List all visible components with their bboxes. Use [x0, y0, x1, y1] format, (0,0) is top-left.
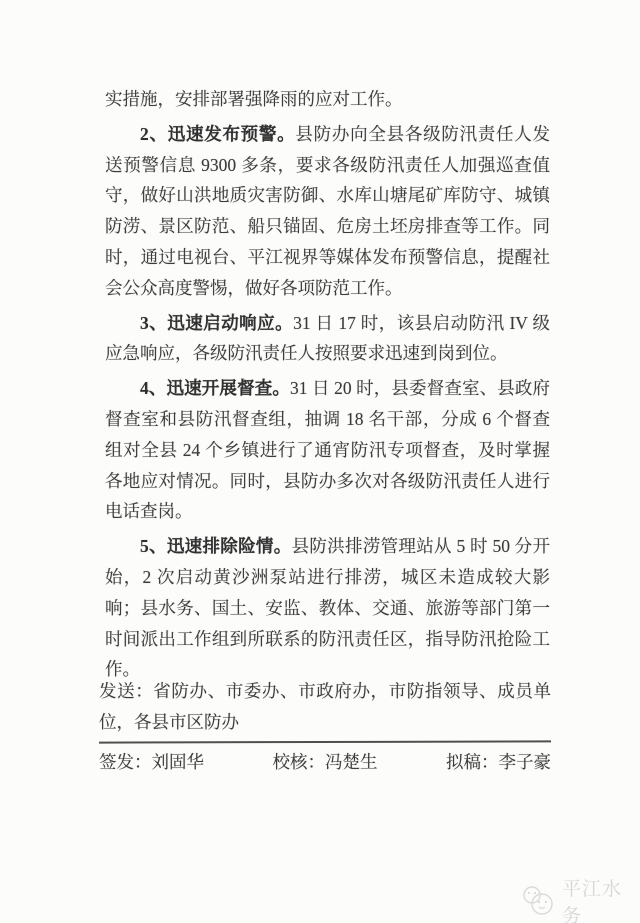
watermark: 平江水务: [521, 874, 640, 923]
signoff-label: 签发：: [99, 752, 152, 772]
paragraph-lead: 3、迅速启动响应。: [140, 313, 293, 333]
paragraph-list: 实措施，安排部署强降雨的应对工作。 2、迅速发布预警。县防办向全县各级防汛责任人…: [105, 84, 550, 685]
signoff-name: 冯楚生: [325, 752, 378, 772]
paragraph-lead: 4、迅速开展督查。: [140, 378, 290, 398]
signoff-name: 李子豪: [499, 752, 552, 772]
watermark-text: 平江水务: [562, 874, 640, 923]
document-footer: 发送：省防办、市委办、市政府办，市防指领导、成员单位，各县市区防办 签发：刘固华…: [99, 676, 551, 777]
paragraph-lead: 5、迅速排除险情。: [140, 536, 292, 556]
signoff-name: 刘固华: [152, 752, 205, 772]
paragraph: 5、迅速排除险情。县防洪排涝管理站从 5 时 50 分开始，2 次启动黄沙洲泵站…: [105, 531, 550, 685]
paragraph-text: 县防洪排涝管理站从 5 时 50 分开始，2 次启动黄沙洲泵站进行排涝，城区未造…: [105, 536, 550, 679]
paragraph-lead: 2、迅速发布预警。: [140, 124, 295, 144]
signoff-row: 签发：刘固华 校核：冯楚生 拟稿：李子豪: [99, 743, 551, 778]
paragraph: 4、迅速开展督查。31 日 20 时，县委督查室、县政府督查室和县防汛督查组，抽…: [105, 373, 550, 527]
signoff-label: 校核：: [273, 752, 326, 772]
paragraph: 3、迅速启动响应。31 日 17 时，该县启动防汛 IV 级应急响应，各级防汛责…: [105, 308, 550, 370]
paragraph: 2、迅速发布预警。县防办向全县各级防汛责任人发送预警信息 9300 多条，要求各…: [105, 119, 550, 304]
signoff-item: 签发：刘固华: [99, 747, 204, 778]
paragraph-text: 31 日 20 时，县委督查室、县政府督查室和县防汛督查组，抽调 18 名干部，…: [105, 378, 550, 521]
document-body: 实措施，安排部署强降雨的应对工作。 2、迅速发布预警。县防办向全县各级防汛责任人…: [105, 84, 550, 689]
scanned-document-page: 实措施，安排部署强降雨的应对工作。 2、迅速发布预警。县防办向全县各级防汛责任人…: [0, 0, 640, 923]
paragraph-text: 县防办向全县各级防汛责任人发送预警信息 9300 多条，要求各级防汛责任人加强巡…: [105, 124, 550, 298]
paragraph: 实措施，安排部署强降雨的应对工作。: [105, 84, 550, 115]
signoff-item: 校核：冯楚生: [273, 747, 378, 778]
signoff-label: 拟稿：: [446, 752, 499, 772]
watermark-logo-icon: [521, 885, 557, 917]
distribution-line: 发送：省防办、市委办、市政府办，市防指领导、成员单位，各县市区防办: [99, 676, 551, 738]
paragraph-text: 实措施，安排部署强降雨的应对工作。: [105, 89, 403, 109]
signoff-item: 拟稿：李子豪: [446, 747, 551, 778]
